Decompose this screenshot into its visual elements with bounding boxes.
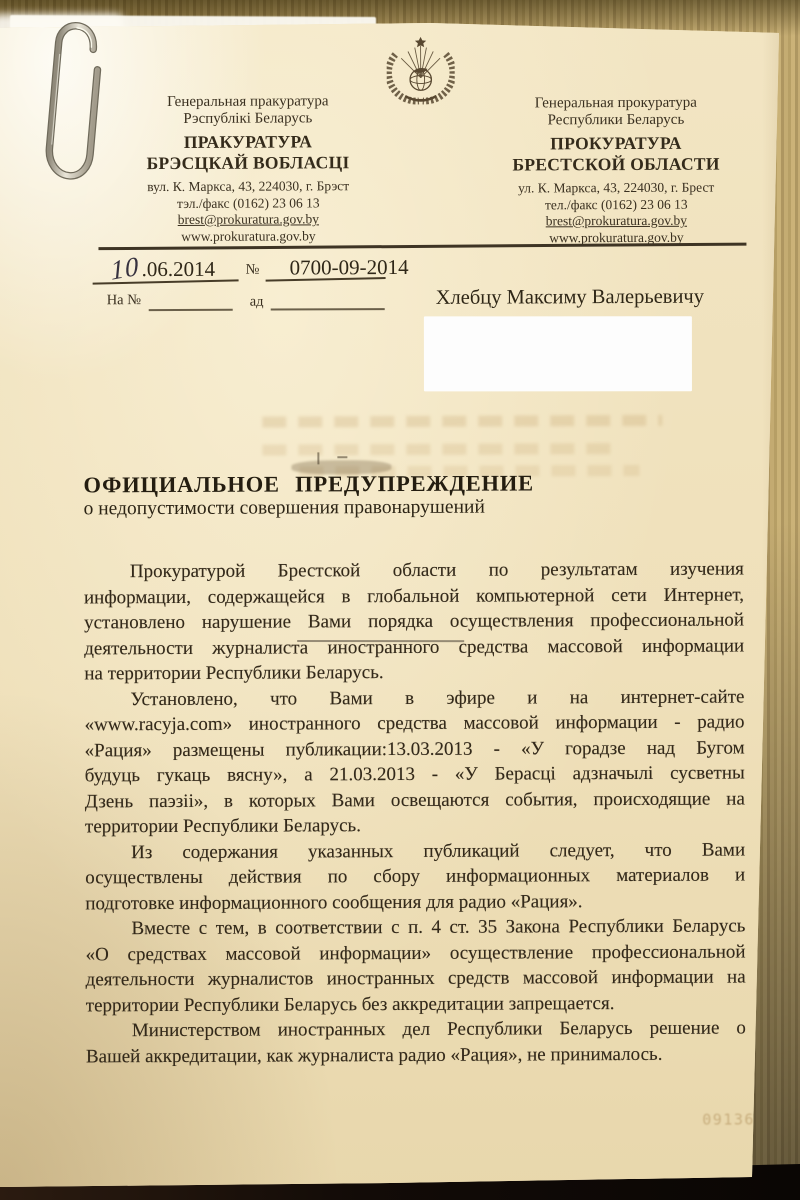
document-title: ОФИЦИАЛЬНОЕ ПРЕДУПРЕЖДЕНИЕ [83,470,683,499]
body-line-p5: Министерством иностранных дел Республики… [86,1015,746,1043]
body-line-p3: Из содержания указанных публикаций следу… [85,837,745,865]
office-email: brest@prokuratura.gov.by [143,211,353,228]
office-email: brest@prokuratura.gov.by [511,213,721,230]
office-address: вул. К. Маркса, 43, 224030, г. Брэст [143,178,353,195]
body-line-p1: установлено нарушение Вами порядка осуще… [84,607,744,635]
org-name-line: Генеральная пракуратура [143,93,353,111]
letterhead-belarusian: Генеральная пракуратура Рэспублікі Белар… [143,93,354,245]
incoming-number-label: На № [107,292,141,309]
redaction-box [424,316,692,391]
ink-mark [337,456,347,458]
office-name-line: БРЕСТСКОЙ ОБЛАСТИ [511,154,721,176]
body-line-p4: «О средствах массовой информации» осущес… [85,939,745,967]
body-line-p1: Прокуратурой Брестской области по резуль… [84,556,744,584]
body-line-p1: на территории Республики Беларусь. [84,658,744,686]
bleed-through-line [262,415,662,428]
incoming-number-underline [149,309,233,311]
body-line-p2: Дзень паэзіі», в которых Вами освещаются… [85,786,745,814]
incoming-from-label: ад [250,294,264,311]
office-name-line: ПРАКУРАТУРА [143,131,353,153]
office-name-line: БРЭСЦКАЙ ВОБЛАСЦІ [143,152,353,174]
body-line-p3: подготовке информационного сообщения для… [85,888,745,916]
body-line-p4: деятельности журналистов иностранных сре… [86,964,746,992]
incoming-from-underline [271,308,385,310]
addressee-name: Хлебцу Максиму Валерьевичу [436,286,704,310]
body-line-p5: Вашей аккредитации, как журналиста радио… [86,1041,746,1069]
document-subtitle: о недопустимости совершения правонарушен… [84,496,684,521]
body-line-p1: деятельности журналиста иностранного сре… [84,633,744,661]
office-name-line: ПРОКУРАТУРА [511,133,721,155]
document-sheet: Генеральная пракуратура Рэспублікі Белар… [0,0,800,1200]
org-name-line: Республики Беларусь [511,112,721,130]
body-line-p2: будуць гукаць вясну», а 21.03.2013 - «У … [85,760,745,788]
number-sign: № [246,262,260,279]
outgoing-number: 0700-09-2014 [289,255,408,281]
photo-of-document: { "letterhead_left": { "org_line1": "Ген… [0,0,800,1200]
body-line-p4: Вместе с тем, в соответствии с п. 4 ст. … [85,913,745,941]
body-line-p2: «www.racyja.com» иностранного средства м… [84,709,744,737]
office-phone: тэл./факс (0162) 23 06 13 [143,195,353,212]
office-phone: тел./факс (0162) 23 06 13 [511,196,721,213]
document-content: Генеральная пракуратура Рэспублікі Белар… [0,0,800,1200]
stamp-number: 091364. [702,1110,776,1128]
pencil-underline [297,640,464,642]
office-address: ул. К. Маркса, 43, 224030, г. Брест [511,180,721,197]
letterhead-russian: Генеральная прокуратура Республики Белар… [511,95,722,247]
body-line-p3: осуществлены действия по сбору информаци… [85,862,745,890]
body-line-p4: территории Республики Беларусь без аккре… [86,990,746,1018]
body-line-p2: Установлено, что Вами в эфире и на интер… [84,684,744,712]
office-website: www.prokuratura.gov.by [143,228,353,245]
document-body: Прокуратурой Брестской области по резуль… [84,556,746,1069]
body-line-p1: информации, содержащейся в глобальной ко… [84,582,744,610]
printed-date: .06.2014 [142,257,216,282]
bleed-through-line [262,443,622,456]
body-line-p2: территории Республики Беларусь. [85,811,745,839]
body-line-p2: «Рация» размещены публикации:13.03.2013 … [85,735,745,763]
paperclip [28,13,122,204]
org-name-line: Генеральная прокуратура [511,95,721,113]
ink-mark [317,452,319,464]
belarus-coat-of-arms-icon [387,35,455,110]
org-name-line: Рэспублікі Беларусь [143,110,353,128]
